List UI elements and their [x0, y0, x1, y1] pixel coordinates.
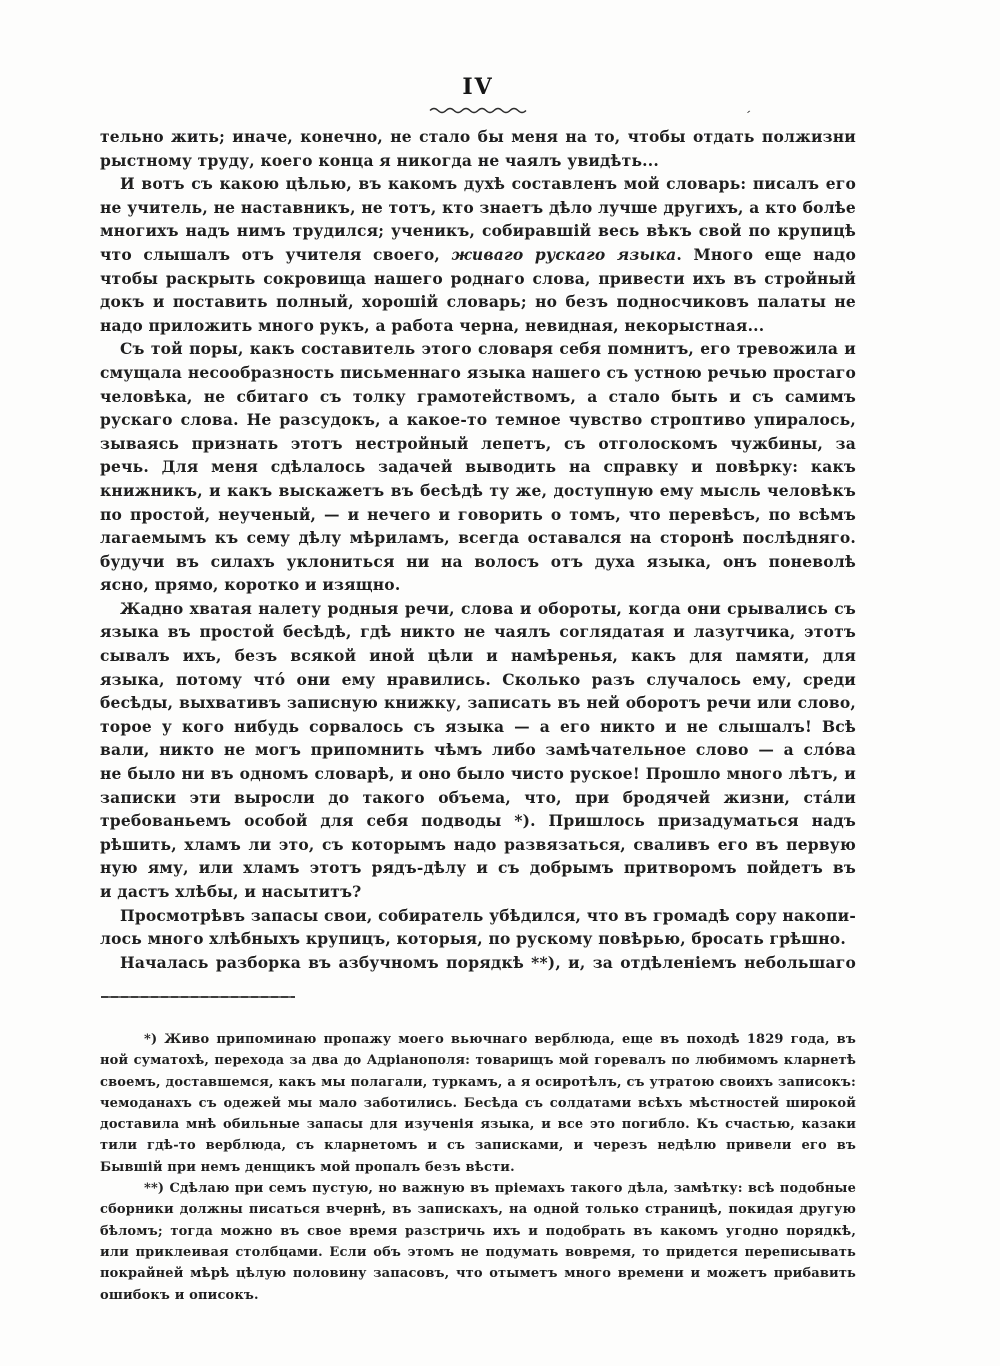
body-line: языка въ простой бесѣдѣ, гдѣ никто не ча…	[100, 620, 856, 644]
body-line: книжникъ, и какъ выскажетъ въ бесѣдѣ ту …	[100, 479, 856, 503]
body-line: человѣка, не сбитаго съ толку грамотейст…	[100, 385, 856, 409]
body-line: не учитель, не наставникъ, не тотъ, кто …	[100, 196, 856, 220]
body-line: тельно жить; иначе, конечно, не стало бы…	[100, 125, 856, 149]
footnote-line: **) Сдѣлаю при семъ пустую, но важную въ…	[100, 1178, 856, 1199]
footnote-line: доставила мнѣ обильные запасы для изучен…	[100, 1114, 856, 1135]
footnote-line: сборники должны писаться вчернѣ, въ запи…	[100, 1199, 856, 1220]
body-line: Съ той поры, какъ составитель этого слов…	[100, 337, 856, 361]
body-line: лось много хлѣбныхъ крупицъ, которыя, по…	[100, 927, 856, 951]
footnote-line: покрайней мѣрѣ цѣлую половину запасовъ, …	[100, 1263, 856, 1284]
footnotes: *) Живо припоминаю пропажу моего вьючнаг…	[100, 1029, 856, 1306]
body-line: Просмотрѣвъ запасы свои, собиратель убѣд…	[100, 904, 856, 928]
body-line: ясно, прямо, коротко и изящно.	[100, 573, 856, 597]
body-line: торое у кого нибудь сорвалось съ языка —…	[100, 715, 856, 739]
wavy-rule-icon	[428, 105, 528, 114]
body-paragraph: тельно жить; иначе, конечно, не стало бы…	[100, 125, 856, 172]
footnote-line: ошибокъ и описокъ.	[100, 1285, 856, 1306]
body-line: будучи въ силахъ уклониться ни на волосъ…	[100, 550, 856, 574]
body-line: по простой, неученый, — и нечего и говор…	[100, 503, 856, 527]
body-line: Жадно хватая налету родныя речи, слова и…	[100, 597, 856, 621]
body-line: бесѣды, выхвативъ записную книжку, запис…	[100, 691, 856, 715]
body-line: Началась разборка въ азбучномъ порядкѣ *…	[100, 951, 856, 975]
body-line: рыстному труду, коего конца я никогда не…	[100, 149, 856, 173]
body-line: надо приложить много рукъ, а работа черн…	[100, 314, 856, 338]
body-line: ную яму, или хламъ этотъ рядъ-дѣлу и съ …	[100, 856, 856, 880]
footnote-line: чемоданахъ съ одежей мы мало заботились.…	[100, 1093, 856, 1114]
wavy-rule-ornament	[100, 99, 856, 118]
body-line: лагаемымъ къ сему дѣлу мѣриламъ, всегда …	[100, 526, 856, 550]
footnote-line: тили гдѣ-то верблюда, съ кларнетомъ и съ…	[100, 1135, 856, 1156]
footnote-line: или приклеивая столбцами. Если объ этомъ…	[100, 1242, 856, 1263]
body-line: чтобы раскрыть сокровища нашего роднаго …	[100, 267, 856, 291]
body-line: и дастъ хлѣбы, и насытитъ?	[100, 880, 856, 904]
footnote-line: Бывшій при немъ денщикъ мой пропалъ безъ…	[100, 1157, 856, 1178]
page-number: IV	[100, 74, 856, 100]
body-line: речь. Для меня сдѣлалось задачей выводит…	[100, 455, 856, 479]
footnote-line: своемъ, доставшемся, какъ мы полагали, т…	[100, 1072, 856, 1093]
footnote: *) Живо припоминаю пропажу моего вьючнаг…	[100, 1029, 856, 1178]
footnote-line: ной суматохѣ, перехода за два до Адріано…	[100, 1050, 856, 1071]
body-line: вали, никто не могъ припомнить чѣмъ либо…	[100, 738, 856, 762]
footnote-line: *) Живо припоминаю пропажу моего вьючнаг…	[100, 1029, 856, 1050]
body-line: не было ни въ одномъ словарѣ, и оно было…	[100, 762, 856, 786]
body-line: многихъ надъ нимъ трудился; ученикъ, соб…	[100, 219, 856, 243]
footnote-line: бѣломъ; тогда можно въ свое время разстр…	[100, 1221, 856, 1242]
body-paragraph: Просмотрѣвъ запасы свои, собиратель убѣд…	[100, 904, 856, 951]
body-paragraph: Съ той поры, какъ составитель этого слов…	[100, 337, 856, 597]
body-line: рускаго слова. Не разсудокъ, а какое-то …	[100, 408, 856, 432]
body-line: языка, потому что́ они ему нравились. Ск…	[100, 668, 856, 692]
body-paragraph: И вотъ съ какою цѣлью, въ какомъ духѣ со…	[100, 172, 856, 337]
body-line: сывалъ ихъ, безъ всякой иной цѣли и намѣ…	[100, 644, 856, 668]
body-line: смущала несообразность письменнаго языка…	[100, 361, 856, 385]
body-text: тельно жить; иначе, конечно, не стало бы…	[100, 125, 856, 974]
body-line: что слышалъ отъ учителя своего, живаго р…	[100, 243, 856, 267]
body-line: требованьемъ особой для себя подводы *).…	[100, 809, 856, 833]
body-line: записки эти выросли до такого объема, чт…	[100, 786, 856, 810]
footnote: **) Сдѣлаю при семъ пустую, но важную въ…	[100, 1178, 856, 1306]
book-page: IV ´ тельно жить; иначе, конечно, не ста…	[0, 0, 1000, 1366]
stray-ink-mark: ´	[743, 110, 752, 126]
body-line: докъ и поставить полный, хорошій словарь…	[100, 290, 856, 314]
body-paragraph: Жадно хватая налету родныя речи, слова и…	[100, 597, 856, 904]
body-paragraph: Началась разборка въ азбучномъ порядкѣ *…	[100, 951, 856, 975]
footnote-separator	[101, 996, 295, 998]
body-line: И вотъ съ какою цѣлью, въ какомъ духѣ со…	[100, 172, 856, 196]
body-line: зываясь признать этотъ нестройный лепетъ…	[100, 432, 856, 456]
body-line: рѣшить, хламъ ли это, съ которымъ надо р…	[100, 833, 856, 857]
